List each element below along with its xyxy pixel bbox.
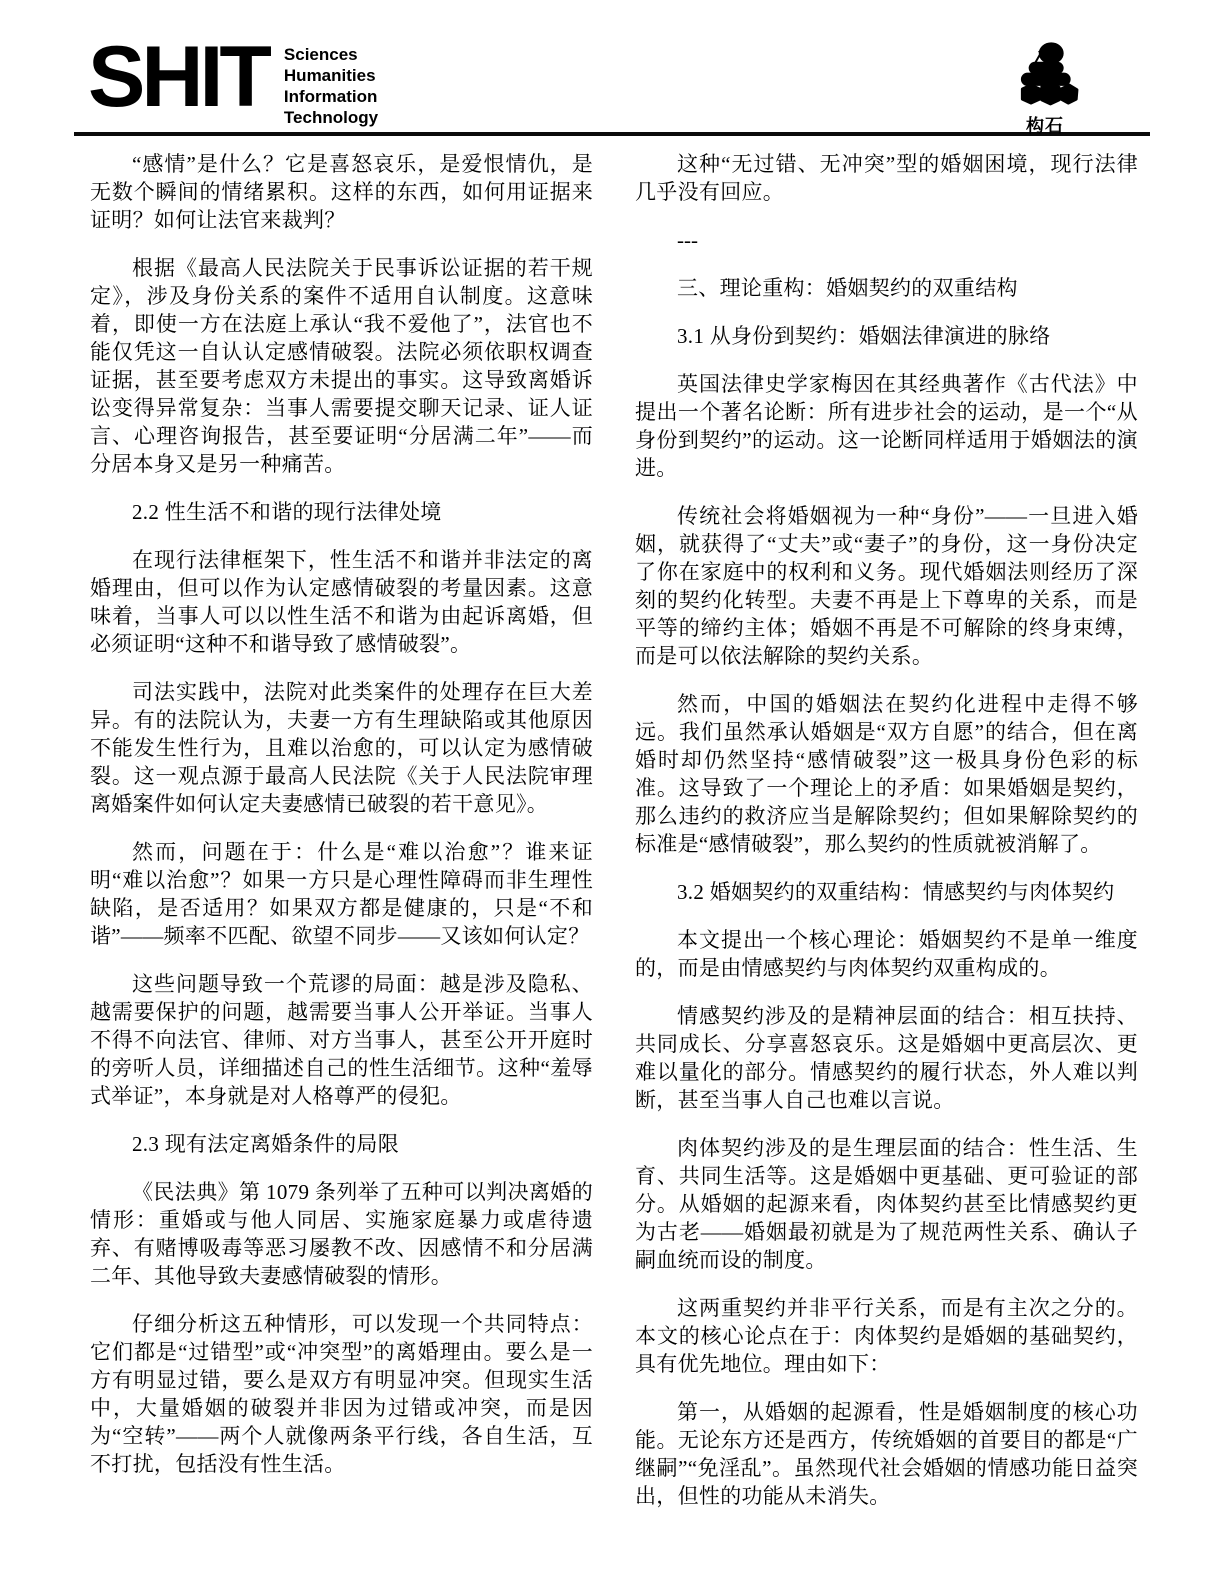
paragraph: 传统社会将婚姻视为一种“身份”——一旦进入婚姻，就获得了“丈夫”或“妻子”的身份… [635,502,1138,670]
article-body: “感情”是什么？它是喜怒哀乐，是爱恨情仇，是无数个瞬间的情绪累积。这样的东西，如… [0,136,1224,1530]
subtitle-line-humanities: Humanities [284,65,378,86]
paragraph: 仔细分析这五种情形，可以发现一个共同特点：它们都是“过错型”或“冲突型”的离婚理… [90,1310,593,1478]
section-heading: 三、理论重构：婚姻契约的双重结构 [635,274,1138,302]
paragraph: 第一，从婚姻的起源看，性是婚姻制度的核心功能。无论东方还是西方，传统婚姻的首要目… [635,1398,1138,1510]
page-header: SHIT Sciences Humanities Information Tec… [0,0,1224,132]
paragraph: 然而，中国的婚姻法在契约化进程中走得不够远。我们虽然承认婚姻是“双方自愿”的结合… [635,690,1138,858]
paragraph: 《民法典》第 1079 条列举了五种可以判决离婚的情形：重婚或与他人同居、实施家… [90,1178,593,1290]
paragraph: 在现行法律框架下，性生活不和谐并非法定的离婚理由，但可以作为认定感情破裂的考量因… [90,546,593,658]
paragraph: 这种“无过错、无冲突”型的婚姻困境，现行法律几乎没有回应。 [635,150,1138,206]
paragraph: 情感契约涉及的是精神层面的结合：相互扶持、共同成长、分享喜怒哀乐。这是婚姻中更高… [635,1002,1138,1114]
section-heading: 2.3 现有法定离婚条件的局限 [90,1130,593,1158]
journal-logo-subtitle: Sciences Humanities Information Technolo… [284,44,378,128]
section-heading: 3.2 婚姻契约的双重结构：情感契约与肉体契约 [635,878,1138,906]
paragraph: “感情”是什么？它是喜怒哀乐，是爱恨情仇，是无数个瞬间的情绪累积。这样的东西，如… [90,150,593,234]
paragraph: 本文提出一个核心理论：婚姻契约不是单一维度的，而是由情感契约与肉体契约双重构成的… [635,926,1138,982]
stone-cairn-icon [1006,40,1084,110]
subtitle-line-sciences: Sciences [284,44,378,65]
journal-logo: SHIT Sciences Humanities Information Tec… [88,36,378,128]
left-column: “感情”是什么？它是喜怒哀乐，是爱恨情仇，是无数个瞬间的情绪累积。这样的东西，如… [90,150,593,1530]
paragraph: 英国法律史学家梅因在其经典著作《古代法》中提出一个著名论断：所有进步社会的运动，… [635,370,1138,482]
subtitle-line-technology: Technology [284,107,378,128]
separator: --- [635,226,1138,254]
document-page: SHIT Sciences Humanities Information Tec… [0,0,1224,1584]
publisher-logo: 构石 [1006,40,1084,138]
paragraph: 然而，问题在于：什么是“难以治愈”？谁来证明“难以治愈”？如果一方只是心理性障碍… [90,838,593,950]
section-heading: 2.2 性生活不和谐的现行法律处境 [90,498,593,526]
section-heading: 3.1 从身份到契约：婚姻法律演进的脉络 [635,322,1138,350]
paragraph: 司法实践中，法院对此类案件的处理存在巨大差异。有的法院认为，夫妻一方有生理缺陷或… [90,678,593,818]
paragraph: 根据《最高人民法院关于民事诉讼证据的若干规定》，涉及身份关系的案件不适用自认制度… [90,254,593,478]
paragraph: 这些问题导致一个荒谬的局面：越是涉及隐私、越需要保护的问题，越需要当事人公开举证… [90,970,593,1110]
right-column: 这种“无过错、无冲突”型的婚姻困境，现行法律几乎没有回应。---三、理论重构：婚… [635,150,1138,1530]
publisher-logo-label: 构石 [1026,112,1064,138]
paragraph: 这两重契约并非平行关系，而是有主次之分的。本文的核心论点在于：肉体契约是婚姻的基… [635,1294,1138,1378]
paragraph: 肉体契约涉及的是生理层面的结合：性生活、生育、共同生活等。这是婚姻中更基础、更可… [635,1134,1138,1274]
journal-logo-text: SHIT [88,38,268,117]
subtitle-line-information: Information [284,86,378,107]
